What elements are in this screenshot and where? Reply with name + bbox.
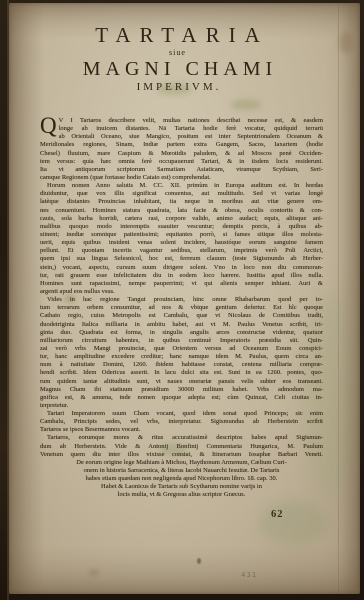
paragraph: QV I Tartaros describere velit, multas n… — [40, 117, 323, 182]
text-line: Horum nomen Anno salutis M. CC. XII. pri… — [40, 182, 323, 190]
text-line: duodetriginta Italica milliaria in ambit… — [40, 321, 323, 329]
text-line: tem versus: quia hæc omnia ferè occupaue… — [40, 158, 323, 166]
text-line: nes conueniunt. Homines statura quadrata… — [40, 207, 323, 215]
text-line: habes etiam quædam non negligenda apud N… — [40, 475, 323, 483]
title-sive: siue — [9, 48, 346, 57]
text-line: hendi scribit. Idem Odericus asserit. In… — [40, 369, 323, 377]
text-line: diuiduntur, quæ vox illis significat con… — [40, 190, 323, 198]
title-block: TARTARIA siue MAGNI CHAMI IMPERIVM. — [9, 23, 346, 94]
text-line: tur, hanc amplitudine excedere creditur;… — [40, 353, 323, 361]
text-line: quem ipsi sua lingua Selesnicol, hoc est… — [40, 255, 323, 263]
book-binding-edge — [0, 0, 9, 600]
drop-cap: Q — [40, 117, 59, 133]
text-line: Tartari Imperatorem suum Cham vocant, qu… — [40, 410, 323, 418]
title-imperium: IMPERIVM. — [9, 81, 346, 94]
text-line: Chesel) fluuium, mare Caspium & Mœotidis… — [40, 150, 323, 158]
text-line: zai verò vrbs Mangi prouinciæ, quæ Orien… — [40, 345, 323, 353]
text-line: stinent; inediæ somnique patientissimi; … — [40, 231, 323, 239]
text-line: milliariorum circuitum habentes, in quib… — [40, 337, 323, 345]
text-line: malibus quoquo modo interemptis suauiter… — [40, 223, 323, 231]
text-line: latèque distantes Prouincias inhabitant,… — [40, 198, 323, 206]
paragraph: Vides in hac regione Tangut prouinciam, … — [40, 296, 323, 410]
paragraph: Horum nomen Anno salutis M. CC. XII. pri… — [40, 182, 323, 296]
text-line: Homines sunt rapacissimi, nempe pauperri… — [40, 280, 323, 288]
text-line: onem in historia Sarracenica, & literas … — [40, 467, 323, 475]
text-line: ab Orientali Oceano, siue Mangico, posit… — [59, 133, 323, 141]
paragraph: Tartari Imperatorem suum Cham vocant, qu… — [40, 410, 323, 434]
text-line: rum quidem tantæ altitudinis sunt, vt na… — [40, 378, 323, 386]
ink-speck — [197, 558, 201, 564]
photo-background: TARTARIA siue MAGNI CHAMI IMPERIVM. QV I… — [0, 0, 364, 600]
stain — [259, 501, 329, 545]
title-magni-chami: MAGNI CHAMI — [9, 58, 346, 80]
text-line: De eorum origine lege Mathiam à Michou, … — [40, 459, 323, 467]
text-line: terpretetur. — [40, 402, 323, 410]
text-line: Tartaros, eorumque mores & ritus accurat… — [40, 434, 323, 442]
text-line: Tartaros se ipsos Besermannos vocant. — [40, 426, 323, 434]
text-line: Vides in hac regione Tangut prouinciam, … — [40, 296, 323, 304]
text-line: tur, rati grauem esse infelicitatem diu … — [40, 272, 323, 280]
text-line: num à natiuitate Domini, 1260. ibidem ha… — [40, 361, 323, 369]
text-line: gnifica est, & amœna, inde nomen quoque … — [40, 394, 323, 402]
text-line: dum ab Herberstein. Vide & Antonij Bonfi… — [40, 443, 323, 451]
text-line: Meridionales regiones, Sinam, Indiæ part… — [40, 141, 323, 149]
text-line: locis multa, vt & Gregoras alius scripto… — [40, 491, 323, 499]
text-line: Cathaio regio, cuius Metropolis est Camb… — [40, 312, 323, 320]
text-line: Ita vt antiquorum scriptorum Sarmatiam A… — [40, 166, 323, 174]
book-page: TARTARIA siue MAGNI CHAMI IMPERIVM. QV I… — [9, 3, 360, 594]
text-line: tum terrarum orbem consumitur, ad nos & … — [40, 304, 323, 312]
page-title: TARTARIA — [9, 23, 346, 47]
text-line: V I Tartaros describere velit, multas na… — [59, 117, 323, 125]
stain — [89, 569, 99, 576]
text-line: Magnus Cham ibi statiuum præsidium 30000… — [40, 386, 323, 394]
page-number: 62 — [271, 509, 301, 520]
text-line: uerit, equis quibus insident venas solen… — [40, 239, 323, 247]
text-line: pellunt. Et quoniam incertis vagantur se… — [40, 247, 323, 255]
text-line: stein,) vocant, aspectu, cursum suum dir… — [40, 264, 323, 272]
body-text: QV I Tartaros describere velit, multas n… — [40, 117, 323, 500]
text-line: argenti apud eos nullus vsus. — [40, 288, 323, 296]
pencil-annotation: 431 — [241, 571, 257, 579]
text-line: ginta duo. Quadrata est forma, in singul… — [40, 329, 323, 337]
text-line: camque Regionem (quæ fortasse hodie Cata… — [40, 174, 323, 182]
text-line: longe ab inuicem distantes. Nā Tartaria … — [59, 125, 323, 133]
stain — [231, 99, 261, 110]
text-line: Habet & Laonicus de Tartaris sub Scythar… — [40, 483, 323, 491]
text-line: cauis, sola barba horridi, cætera rasi, … — [40, 215, 323, 223]
paragraph: Tartaros, eorumque mores & ritus accurat… — [40, 434, 323, 499]
text-line: Cambalu, Principis sedes, vel vrbs, inte… — [40, 418, 323, 426]
text-line: Venetum quem diu inter illos vixisse con… — [40, 451, 323, 459]
